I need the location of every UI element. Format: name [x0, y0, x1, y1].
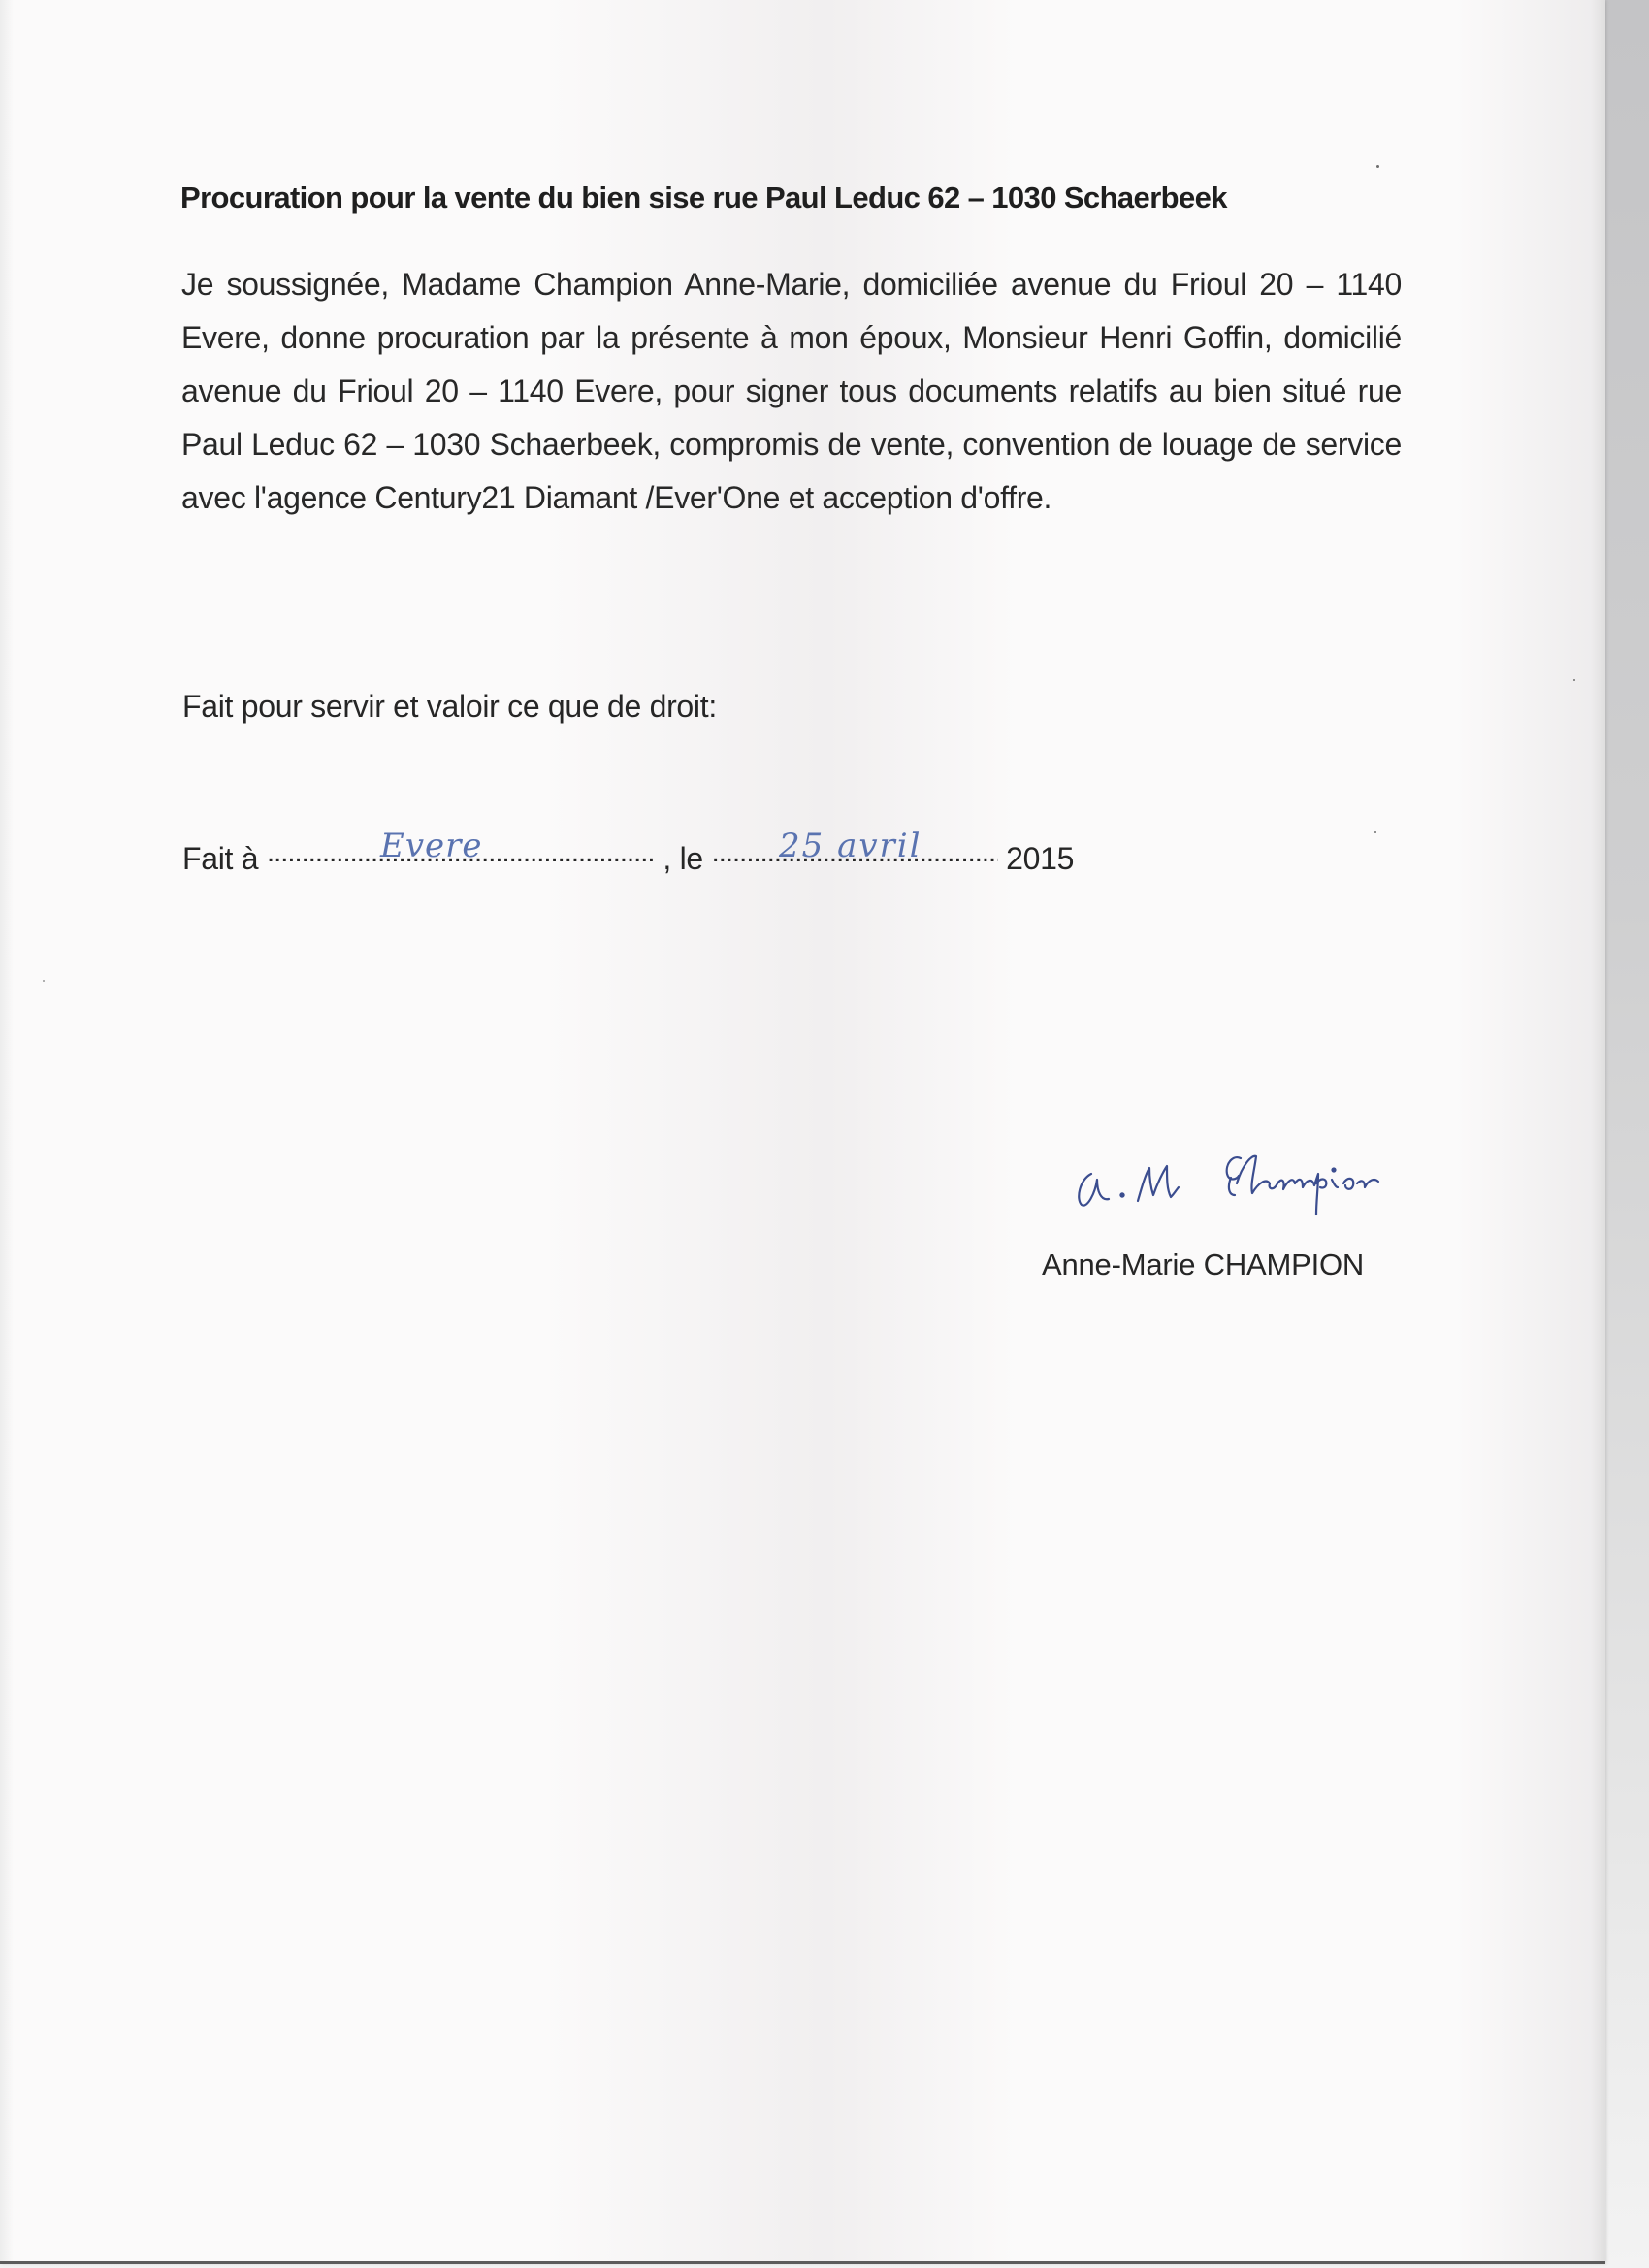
- scan-speck: [43, 980, 45, 982]
- scan-speck: [1573, 679, 1575, 681]
- signatory-name: Anne-Marie CHAMPION: [1042, 1247, 1364, 1282]
- handwritten-date: 25 avril: [779, 826, 922, 865]
- closing-statement: Fait pour servir et valoir ce que de dro…: [182, 689, 717, 725]
- scan-speck: [1376, 165, 1379, 168]
- handwritten-place: Evere: [380, 826, 483, 865]
- procuration-body: Je soussignée, Madame Champion Anne-Mari…: [181, 258, 1402, 525]
- place-date-line: Fait à .................................…: [182, 836, 1074, 885]
- place-label: Fait à: [182, 841, 258, 877]
- document-title: Procuration pour la vente du bien sise r…: [180, 180, 1227, 215]
- handwritten-signature: [1062, 1145, 1392, 1222]
- scanned-page: Procuration pour la vente du bien sise r…: [0, 0, 1605, 2264]
- scan-speck: [1374, 831, 1376, 833]
- date-separator: , le: [663, 841, 703, 877]
- year-label: 2015: [1006, 841, 1074, 877]
